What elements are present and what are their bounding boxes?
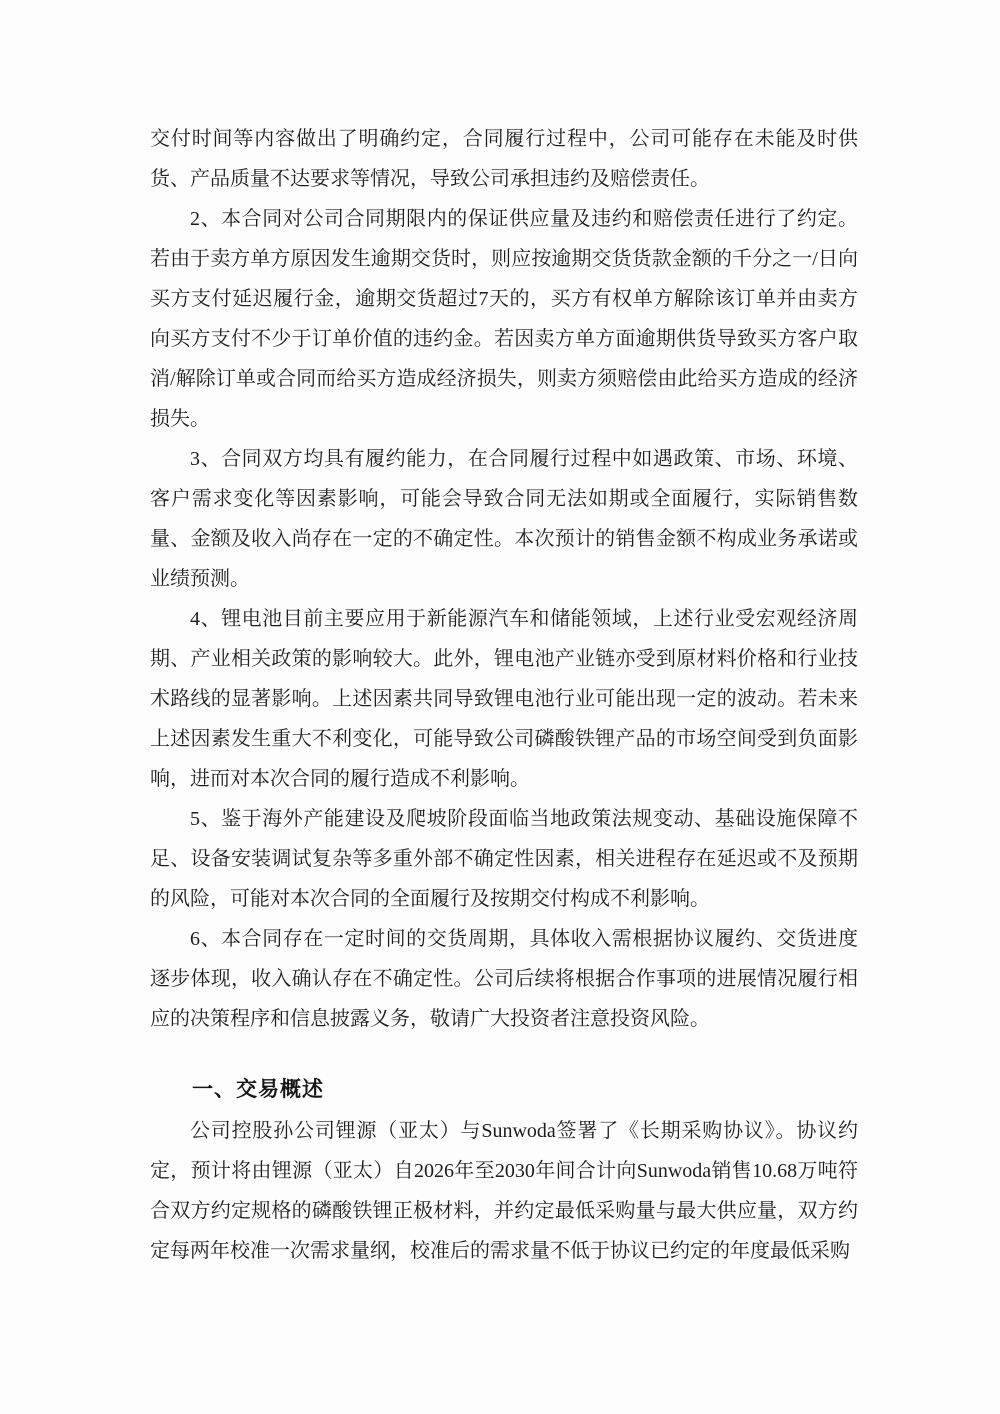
section-heading-transaction-overview: 一、交易概述 — [150, 1068, 858, 1110]
paragraph-risk-item-5: 5、鉴于海外产能建设及爬坡阶段面临当地政策法规变动、基础设施保障不足、设备安装调… — [150, 799, 858, 919]
paragraph-risk-item-6: 6、本合同存在一定时间的交货周期，具体收入需根据协议履约、交货进度逐步体现，收入… — [150, 919, 858, 1039]
paragraph-risk-item-4: 4、锂电池目前主要应用于新能源汽车和储能领域，上述行业受宏观经济周期、产业相关政… — [150, 599, 858, 799]
paragraph-transaction-overview: 公司控股孙公司锂源（亚太）与Sunwoda签署了《长期采购协议》。协议约定，预计… — [150, 1111, 858, 1271]
paragraph-risk-item-3: 3、合同双方均具有履约能力，在合同履行过程中如遇政策、市场、环境、客户需求变化等… — [150, 439, 858, 599]
document-page: 交付时间等内容做出了明确约定，合同履行过程中，公司可能存在未能及时供货、产品质量… — [0, 0, 1000, 1414]
paragraph-risk-continuation: 交付时间等内容做出了明确约定，合同履行过程中，公司可能存在未能及时供货、产品质量… — [150, 119, 858, 199]
paragraph-risk-item-2: 2、本合同对公司合同期限内的保证供应量及违约和赔偿责任进行了约定。若由于卖方单方… — [150, 199, 858, 439]
